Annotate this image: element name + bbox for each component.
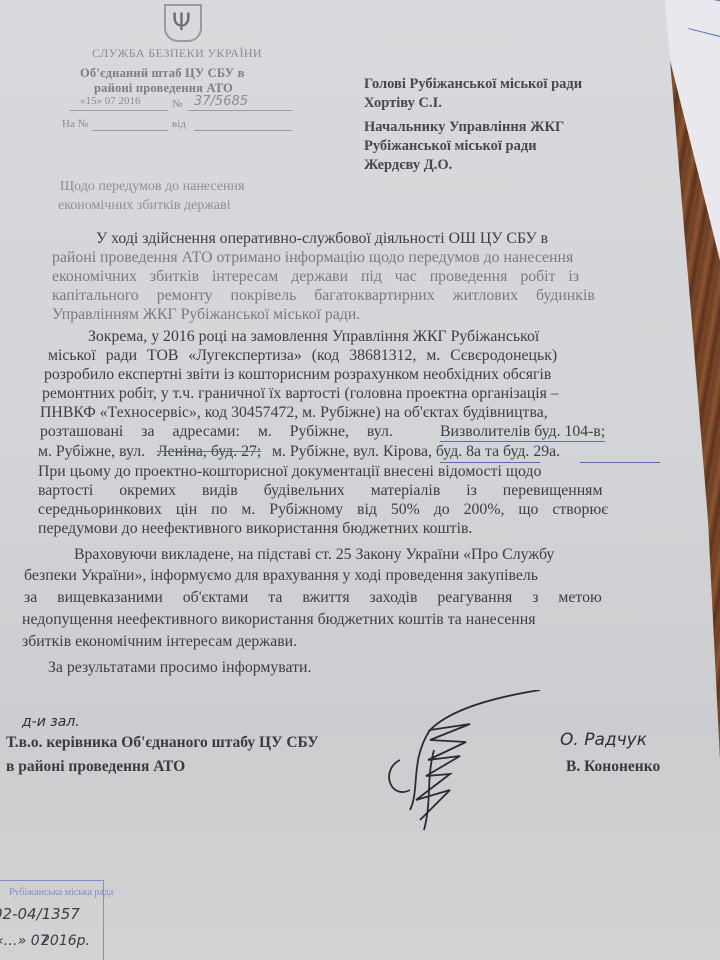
handwritten-note: д-и зал. — [22, 714, 80, 730]
letterhead-service: СЛУЖБА БЕЗПЕКИ УКРАЇНИ — [92, 46, 262, 61]
body-line: За результатами просимо інформувати. — [48, 658, 311, 677]
number-label: № — [172, 98, 183, 110]
letterhead-unit-line1: Об'єднаний штаб ЦУ СБУ в — [80, 66, 245, 81]
struck-address-lenina: Леніна, буд. 27; — [157, 442, 261, 461]
body-line: за вищевказаними об'єктами та вжиття зах… — [24, 588, 602, 607]
subject-line1: Щодо передумов до нанесення — [60, 177, 244, 196]
date-underline — [70, 110, 168, 111]
signatory-position-line1: Т.в.о. керівника Об'єднаного штабу ЦУ СБ… — [6, 734, 319, 752]
body-line: розташовані за адресами: м. Рубіжне, вул… — [40, 422, 393, 441]
from-underline — [194, 130, 292, 131]
signatory-position-line2: в районі проведення АТО — [6, 758, 185, 776]
body-line: У ході здійснення оперативно-службової д… — [96, 229, 548, 248]
body-line: недопущення неефективного використання б… — [22, 610, 535, 629]
body-line: При цьому до проектно-кошторисної докуме… — [38, 462, 541, 481]
letterhead-date: «15» 07 2016 — [80, 95, 141, 107]
body-line: Управлінням ЖКГ Рубіжанської міської рад… — [52, 305, 360, 324]
body-line: м. Рубіжне, вул. — [38, 442, 145, 461]
stamp-date-year: 2016р. — [41, 933, 90, 949]
body-line: економічних збитків інтересам держави пі… — [52, 267, 579, 286]
body-line: розробило експертні звіти із кошторисним… — [44, 365, 551, 384]
body-line: збитків економічним інтересам держави. — [22, 632, 297, 651]
body-line: Враховуючи викладене, на підставі ст. 25… — [74, 545, 554, 564]
trident-emblem-icon: Ψ — [164, 4, 202, 42]
pen-line — [677, 0, 720, 5]
body-line: вартості окремих видів будівельних матер… — [38, 481, 602, 500]
underlined-address-vyzvolyteliv: Визволителів буд. 104-в; — [440, 422, 605, 442]
body-line: ПНВКФ «Техносервіс», код 30457472, м. Ру… — [40, 403, 548, 422]
body-line: м. Рубіжне, вул. Кірова, буд. 8а та буд.… — [272, 442, 560, 461]
stamp-org: Рубіжанська міська рада — [9, 887, 113, 898]
addressee-1-line1: Голові Рубіжанської міської ради — [364, 75, 582, 94]
body-line: безпеки України», інформуємо для врахува… — [24, 566, 538, 585]
pen-underline-29a — [580, 462, 660, 463]
body-line: капітального ремонту покрівель багатоква… — [52, 286, 595, 305]
body-line: середньоринкових цін по м. Рубіжному від… — [38, 500, 608, 519]
addressee-1-line2: Хортіву С.І. — [364, 94, 442, 113]
body-line: передумови до неефективного використання… — [38, 519, 472, 538]
addressee-2-line2: Рубіжанської міської ради — [364, 137, 537, 156]
addressee-2-line1: Начальнику Управління ЖКГ — [364, 118, 564, 137]
letterhead-number: 37/5685 — [194, 94, 248, 109]
ref-underline — [92, 130, 168, 131]
handwritten-signature-name: О. Радчук — [560, 730, 647, 750]
body-line: ремонтних робіт, у т.ч. граничної їх вар… — [42, 384, 559, 403]
registration-stamp: Рубіжанська міська рада 02-04/1357 «…» 0… — [0, 880, 104, 960]
body-line: Зокрема, у 2016 році на замовлення Управ… — [88, 327, 539, 346]
stamp-reg-number: 02-04/1357 — [0, 905, 80, 923]
addressee-2-line3: Жердєву Д.О. — [364, 156, 452, 175]
document-page: Ψ СЛУЖБА БЕЗПЕКИ УКРАЇНИ Об'єднаний штаб… — [0, 0, 720, 960]
number-underline — [188, 110, 292, 111]
body-line: міської ради ТОВ «Лугекспертиза» (код 38… — [48, 346, 557, 365]
body-line: районі проведення АТО отримано інформаці… — [52, 248, 573, 267]
from-label: від — [172, 118, 186, 130]
ref-label: На № — [62, 118, 88, 130]
signature-scribble — [370, 690, 570, 840]
pen-line — [688, 28, 720, 43]
signatory-name: В. Кононенко — [566, 758, 660, 776]
subject-line2: економічних збитків державі — [58, 196, 231, 215]
